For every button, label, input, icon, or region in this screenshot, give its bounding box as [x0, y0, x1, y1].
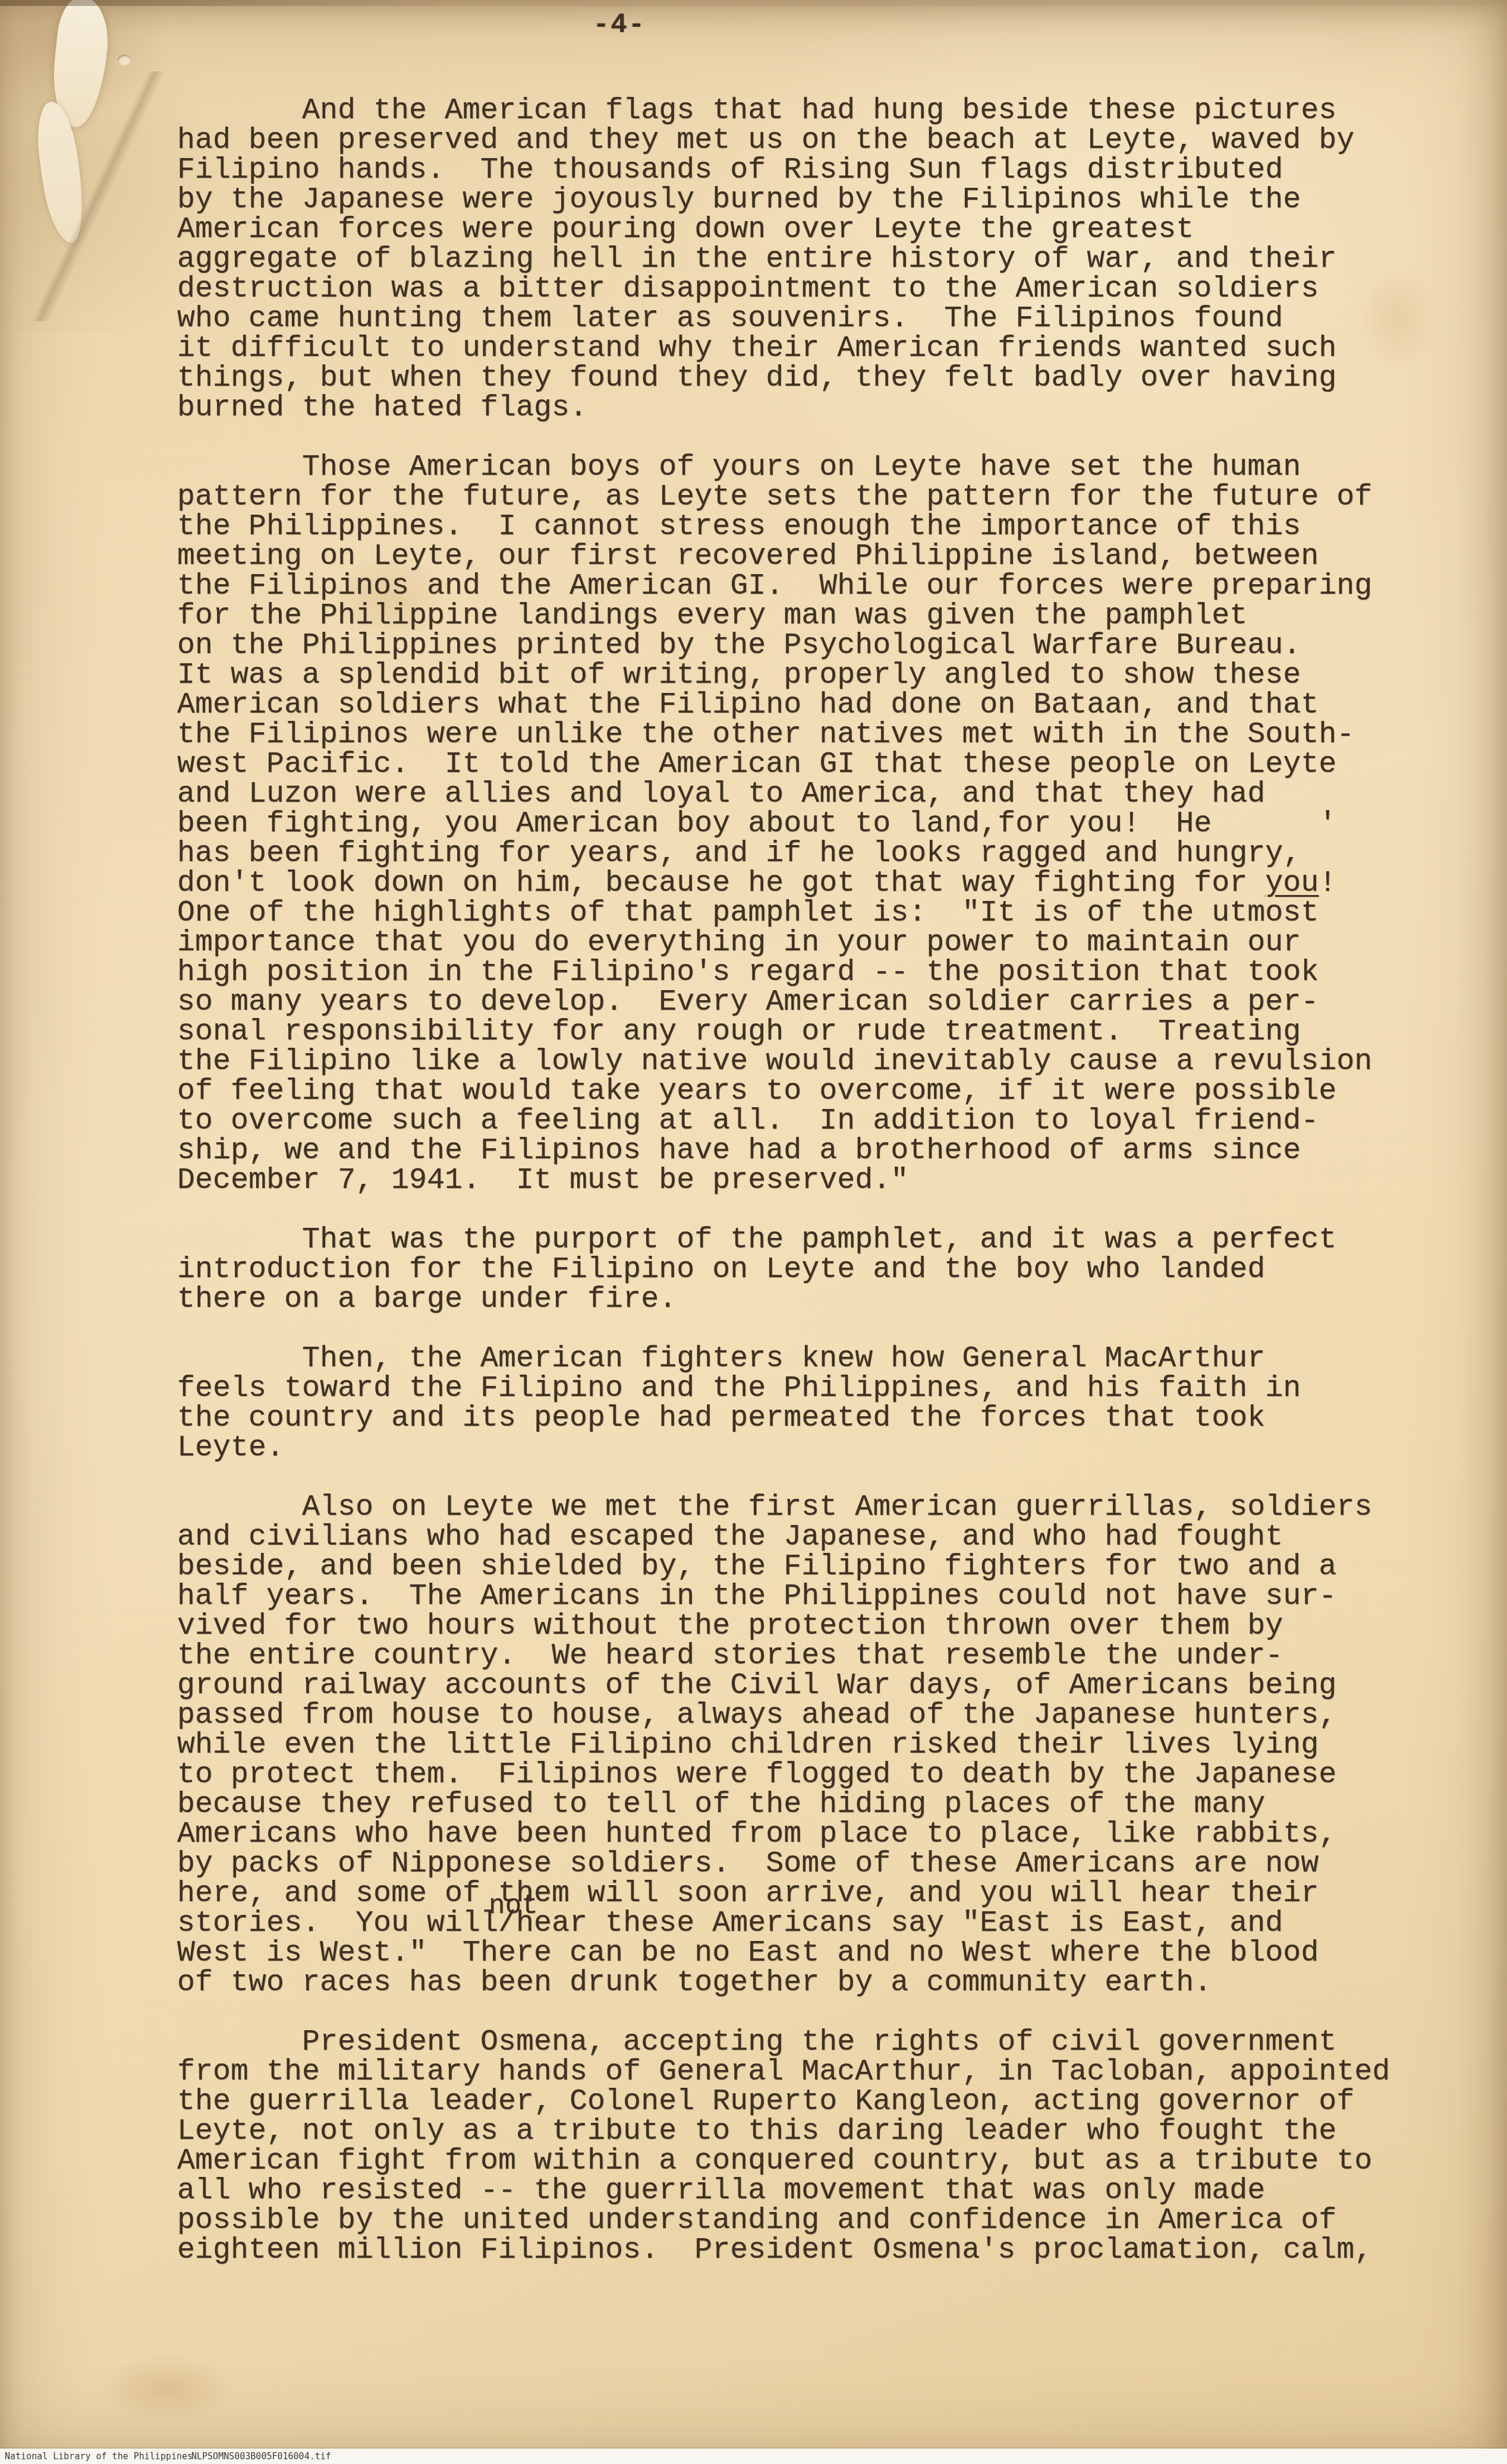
text-line: the Filipino like a lowly native would i…: [177, 1047, 1426, 1077]
scanned-page: -4- And the American flags that had hung…: [0, 0, 1507, 2464]
text-line: passed from house to house, always ahead…: [177, 1701, 1426, 1731]
text-line: the country and its people had permeated…: [177, 1404, 1426, 1433]
text-line: destruction was a bitter disappointment …: [177, 275, 1426, 304]
text-line: while even the little Filipino children …: [177, 1731, 1426, 1760]
text-line: has been fighting for years, and if he l…: [177, 839, 1426, 869]
text-line: sonal responsibility for any rough or ru…: [177, 1017, 1426, 1047]
text-line: Also on Leyte we met the first American …: [177, 1493, 1426, 1523]
text-line: West is West." There can be no East and …: [177, 1939, 1426, 1968]
text-line: the Filipinos were unlike the other nati…: [177, 720, 1426, 750]
document-body: And the American flags that had hung bes…: [177, 96, 1426, 2295]
text-line: the guerrilla leader, Colonel Ruperto Ka…: [177, 2087, 1426, 2117]
text-line: from the military hands of General MacAr…: [177, 2057, 1426, 2087]
text-line: stories. You willnot/hear these American…: [177, 1909, 1426, 1939]
text-line: eighteen million Filipinos. President Os…: [177, 2236, 1426, 2266]
footer-library-label: National Library of the Philippines: [5, 2451, 193, 2462]
text-line: of feeling that would take years to over…: [177, 1077, 1426, 1107]
text-line: American forces were pouring down over L…: [177, 215, 1426, 245]
text-line: American fight from within a conquered c…: [177, 2147, 1426, 2176]
text-line: for the Philippine landings every man wa…: [177, 601, 1426, 631]
paragraph: Also on Leyte we met the first American …: [177, 1493, 1426, 1998]
paragraph: President Osmena, accepting the rights o…: [177, 2028, 1426, 2266]
text-line: things, but when they found they did, th…: [177, 364, 1426, 393]
text-line: who came hunting them later as souvenirs…: [177, 304, 1426, 334]
text-line: west Pacific. It told the American GI th…: [177, 750, 1426, 780]
text-line: That was the purport of the pamphlet, an…: [177, 1225, 1426, 1255]
paragraph: And the American flags that had hung bes…: [177, 96, 1426, 423]
scan-footer: National Library of the Philippines NLPS…: [0, 2449, 1507, 2464]
text-line: by packs of Nipponese soldiers. Some of …: [177, 1849, 1426, 1879]
underlined-word: you: [1265, 867, 1319, 900]
text-line: been fighting, you American boy about to…: [177, 809, 1426, 839]
paragraph: Those American boys of yours on Leyte ha…: [177, 453, 1426, 1196]
text-line: and civilians who had escaped the Japane…: [177, 1523, 1426, 1552]
paragraph: That was the purport of the pamphlet, an…: [177, 1225, 1426, 1315]
text-line: aggregate of blazing hell in the entire …: [177, 245, 1426, 275]
text-line: to overcome such a feeling at all. In ad…: [177, 1107, 1426, 1136]
text-line: introduction for the Filipino on Leyte a…: [177, 1255, 1426, 1285]
text-line: possible by the united understanding and…: [177, 2206, 1426, 2236]
paper-hole: [118, 55, 131, 65]
text-line: Leyte.: [177, 1433, 1426, 1463]
text-line: it difficult to understand why their Ame…: [177, 334, 1426, 364]
text-line: there on a barge under fire.: [177, 1285, 1426, 1315]
text-line: One of the highlights of that pamphlet i…: [177, 899, 1426, 928]
scan-edge-shadow: [0, 0, 1507, 6]
text-line: beside, and been shielded by, the Filipi…: [177, 1552, 1426, 1582]
text-line: American soldiers what the Filipino had …: [177, 691, 1426, 720]
text-line: had been preserved and they met us on th…: [177, 126, 1426, 156]
text-line: Americans who have been hunted from plac…: [177, 1820, 1426, 1849]
text-line: December 7, 1941. It must be preserved.": [177, 1166, 1426, 1196]
text-line: Leyte, not only as a tribute to this dar…: [177, 2117, 1426, 2147]
text-line: Filipino hands. The thousands of Rising …: [177, 156, 1426, 185]
text-line: meeting on Leyte, our first recovered Ph…: [177, 542, 1426, 572]
text-line: Those American boys of yours on Leyte ha…: [177, 453, 1426, 483]
text-line: the Philippines. I cannot stress enough …: [177, 512, 1426, 542]
text-line: half years. The Americans in the Philipp…: [177, 1582, 1426, 1612]
text-line: feels toward the Filipino and the Philip…: [177, 1374, 1426, 1404]
text-line: on the Philippines printed by the Psycho…: [177, 631, 1426, 661]
text-line: don't look down on him, because he got t…: [177, 869, 1426, 899]
paper-crease: [29, 71, 171, 321]
text-line: Then, the American fighters knew how Gen…: [177, 1344, 1426, 1374]
text-line: And the American flags that had hung bes…: [177, 96, 1426, 126]
text-line: of two races has been drunk together by …: [177, 1968, 1426, 1998]
text-line: burned the hated flags.: [177, 393, 1426, 423]
text-line: vived for two hours without the protecti…: [177, 1612, 1426, 1641]
text-line: high position in the Filipino's regard -…: [177, 958, 1426, 988]
text-line: the Filipinos and the American GI. While…: [177, 572, 1426, 601]
text-line: all who resisted -- the guerrilla moveme…: [177, 2176, 1426, 2206]
text-line: here, and some of them will soon arrive,…: [177, 1879, 1426, 1909]
text-line: to protect them. Filipinos were flogged …: [177, 1760, 1426, 1790]
footer-filename-label: NLPSOMNS003B005F016004.tif: [191, 2451, 331, 2462]
text-line: ground railway accounts of the Civil War…: [177, 1671, 1426, 1701]
text-line: It was a splendid bit of writing, proper…: [177, 661, 1426, 691]
text-line: pattern for the future, as Leyte sets th…: [177, 483, 1426, 512]
paragraph: Then, the American fighters knew how Gen…: [177, 1344, 1426, 1463]
text-line: President Osmena, accepting the rights o…: [177, 2028, 1426, 2057]
text-line: so many years to develop. Every American…: [177, 988, 1426, 1017]
page-number: -4-: [593, 10, 646, 40]
text-line: the entire country. We heard stories tha…: [177, 1641, 1426, 1671]
text-line: because they refused to tell of the hidi…: [177, 1790, 1426, 1820]
text-line: ship, we and the Filipinos have had a br…: [177, 1136, 1426, 1166]
paper-stain: [101, 2353, 232, 2425]
text-line: by the Japanese were joyously burned by …: [177, 185, 1426, 215]
text-line: and Luzon were allies and loyal to Ameri…: [177, 780, 1426, 809]
text-line: importance that you do everything in you…: [177, 928, 1426, 958]
